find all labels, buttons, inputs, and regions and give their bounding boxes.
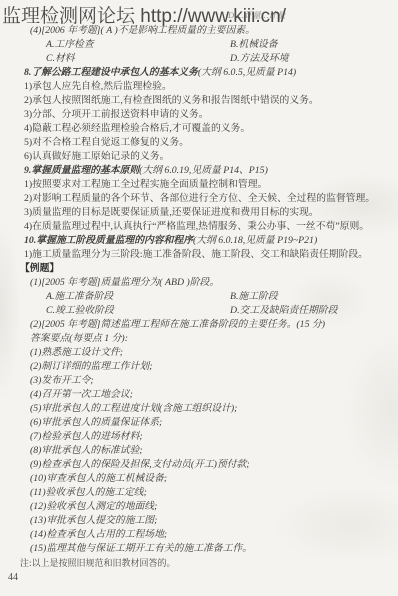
examples-heading-label: 【例题】 (20, 263, 59, 274)
section-8-ref: (大纲 6.0.5,见质量 P14) (198, 67, 296, 78)
section-8-point: 6)认真做好施工原始记录的义务。 (0, 150, 398, 164)
section-9-point: 3)质量监理的目标是既要保证质量,还要保证进度和费用目标的实现。 (0, 206, 398, 220)
answer-point: (12)验收承包人测定的地面线; (0, 500, 398, 514)
answer-intro: 答案要点(每要点 1 分): (0, 332, 398, 346)
question-4-options-row-2: C.材料 D.方法及环境 (0, 52, 398, 66)
section-10-point: 1)施工质量监理分为三阶段:施工准备阶段、施工阶段、交工和缺陷责任期阶段。 (0, 248, 398, 262)
example-1-options-row-1: A.施工准备阶段 B.施工阶段 (0, 290, 398, 304)
answer-point: (8)审批承包人的标准试验; (0, 444, 398, 458)
question-4-options-row-1: A.工序检查 B.机械设备 (0, 38, 398, 52)
page-number: 44 (8, 572, 18, 583)
section-8-title: 8.了解公路工程建设中承包人的基本义务 (24, 67, 198, 78)
answer-point: (10)审查承包人的施工机械设备; (0, 472, 398, 486)
answer-point: (1)熟悉施工设计文件; (0, 346, 398, 360)
section-9-header: 9.掌握质量监理的基本原则(大纲 6.0.19,见质量 P14、P15) (0, 164, 398, 178)
section-10-ref: (大纲 6.0.18,见质量 P19~P21) (193, 235, 317, 246)
section-8-point: 5)对不合格工程自觉返工修复的义务。 (0, 136, 398, 150)
answer-point: (7)检验承包人的进场材料; (0, 430, 398, 444)
answer-point: (15)监理其他与保证工期开工有关的施工准备工作。 (0, 542, 398, 556)
section-8-header: 8.了解公路工程建设中承包人的基本义务(大纲 6.0.5,见质量 P14) (0, 66, 398, 80)
option-c: C.材料 (46, 52, 230, 66)
answer-point: (4)召开第一次工地会议; (0, 388, 398, 402)
answer-point: (14)检查承包人占用的工程场地; (0, 528, 398, 542)
answer-point: (11)验收承包人的施工定线; (0, 486, 398, 500)
section-9-point: 2)对影响工程质量的各个环节、各部位进行全方位、全天候、全过程的监督管理。 (0, 192, 398, 206)
answer-point: (9)检查承包人的保险及担保,支付动员(开工)预付款; (0, 458, 398, 472)
section-8-point: 1)承包人应先自检,然后监理检验。 (0, 80, 398, 94)
option-a: A.工序检查 (46, 38, 230, 52)
option-d: D.交工及缺陷责任期阶段 (230, 304, 338, 318)
scanned-document-page: D.…计量…计量 监理检测网论坛 http://www.kiii.cn/ (4)… (0, 0, 398, 596)
section-9-point: 4)在质量监理过程中,认真执行“严格监理,热情服务、秉公办事、一丝不苟”原则。 (0, 220, 398, 234)
answer-point: (3)发布开工令; (0, 374, 398, 388)
section-10-header: 10.掌握施工阶段质量监理的内容和程序(大纲 6.0.18,见质量 P19~P2… (0, 234, 398, 248)
answer-point: (2)制订详细的监理工作计划; (0, 360, 398, 374)
example-1-options-row-2: C.竣工验收阶段 D.交工及缺陷责任期阶段 (0, 304, 398, 318)
answer-note: 注:以上是按照旧规范和旧教材回答的。 (0, 556, 398, 570)
option-c: C.竣工验收阶段 (46, 304, 230, 318)
option-b: B.机械设备 (230, 38, 278, 52)
section-8-point: 2)承包人按照图纸施工,有检查图纸的义务和报告图纸中错误的义务。 (0, 94, 398, 108)
option-d: D.方法及环境 (230, 52, 289, 66)
section-9-point: 1)按照要求对工程施工全过程实施全面质量控制和管理。 (0, 178, 398, 192)
section-8-point: 3)分部、分项开工前报送资料申请的义务。 (0, 108, 398, 122)
example-2-stem: (2)[2005 年考题]简述监理工程师在施工准备阶段的主要任务。(15 分) (0, 318, 398, 332)
examples-heading: 【例题】 (0, 262, 398, 276)
option-b: B.施工阶段 (230, 290, 278, 304)
answer-point: (5)审批承包人的工程进度计划(含施工组织设计); (0, 402, 398, 416)
page-content: (4)[2006 年考题]( A )不是影响工程质量的主要因素。 A.工序检查 … (0, 24, 398, 570)
option-a: A.施工准备阶段 (46, 290, 230, 304)
example-1-stem: (1)[2005 年考题]质量监理分为( ABD )阶段。 (0, 276, 398, 290)
forum-watermark: 监理检测网论坛 http://www.kiii.cn/ (2, 1, 286, 28)
section-9-ref: (大纲 6.0.19,见质量 P14、P15) (139, 165, 268, 176)
section-9-title: 9.掌握质量监理的基本原则 (24, 165, 139, 176)
section-8-point: 4)隐蔽工程必须经监理检验合格后,才可覆盖的义务。 (0, 122, 398, 136)
answer-point: (6)审批承包人的质量保证体系; (0, 416, 398, 430)
section-10-title: 10.掌握施工阶段质量监理的内容和程序 (24, 235, 193, 246)
answer-point: (13)审批承包人提交的施工图; (0, 514, 398, 528)
